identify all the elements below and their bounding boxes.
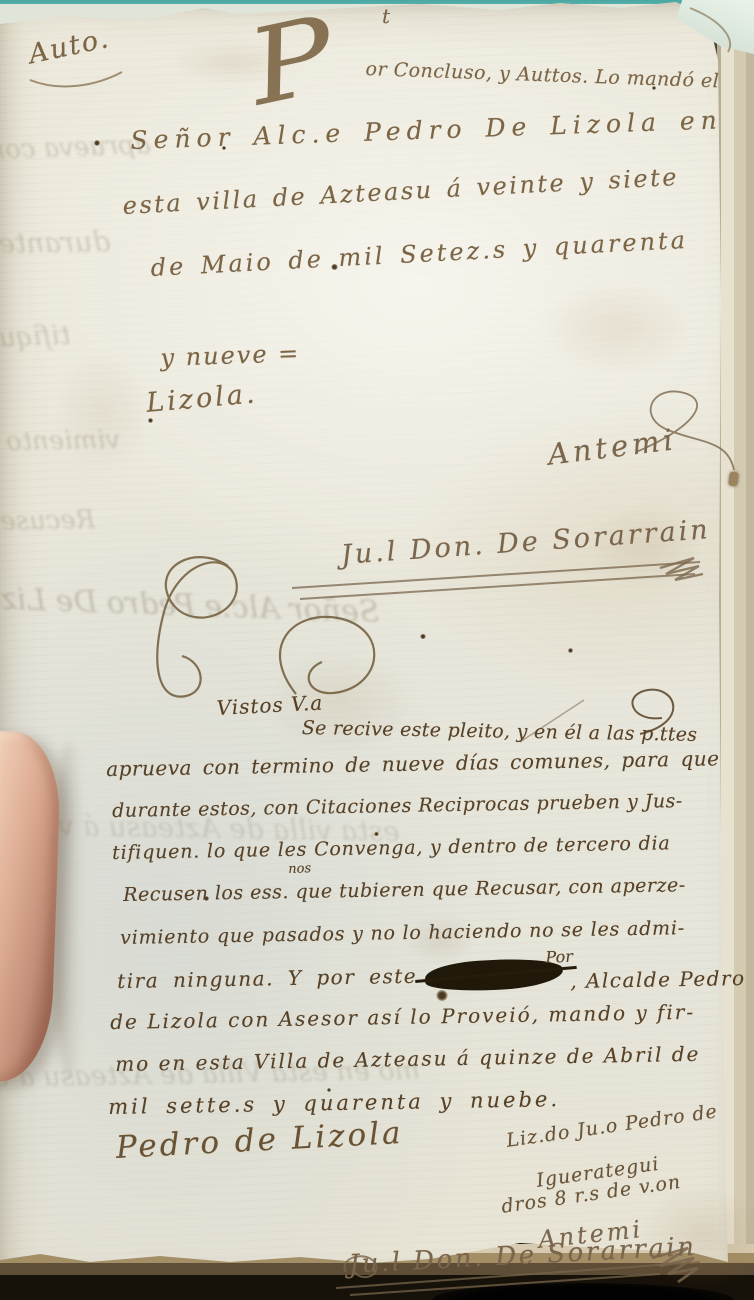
ink-fleck xyxy=(327,1088,331,1092)
ink-fleck xyxy=(148,418,153,423)
stain xyxy=(55,350,150,475)
folio-mark: t xyxy=(382,4,390,28)
ink-fleck xyxy=(568,648,573,653)
stain xyxy=(540,280,690,375)
ink-fleck xyxy=(420,634,426,639)
ink-fleck xyxy=(374,832,379,836)
ink-fleck xyxy=(652,86,656,90)
manuscript-line: y nueve = xyxy=(160,339,301,372)
superscript-correction: Por xyxy=(545,947,573,967)
superscript-ess: nos xyxy=(288,861,311,877)
ink-fleck xyxy=(331,264,338,270)
ink-fleck xyxy=(204,896,209,901)
ink-fleck xyxy=(222,146,226,150)
ink-fleck xyxy=(94,140,100,146)
manuscript-photo: aprueva con termino de nueve días comune… xyxy=(0,0,754,1300)
manuscript-line: , Alcalde Pedro xyxy=(570,966,746,993)
ink-blot xyxy=(436,990,448,1001)
